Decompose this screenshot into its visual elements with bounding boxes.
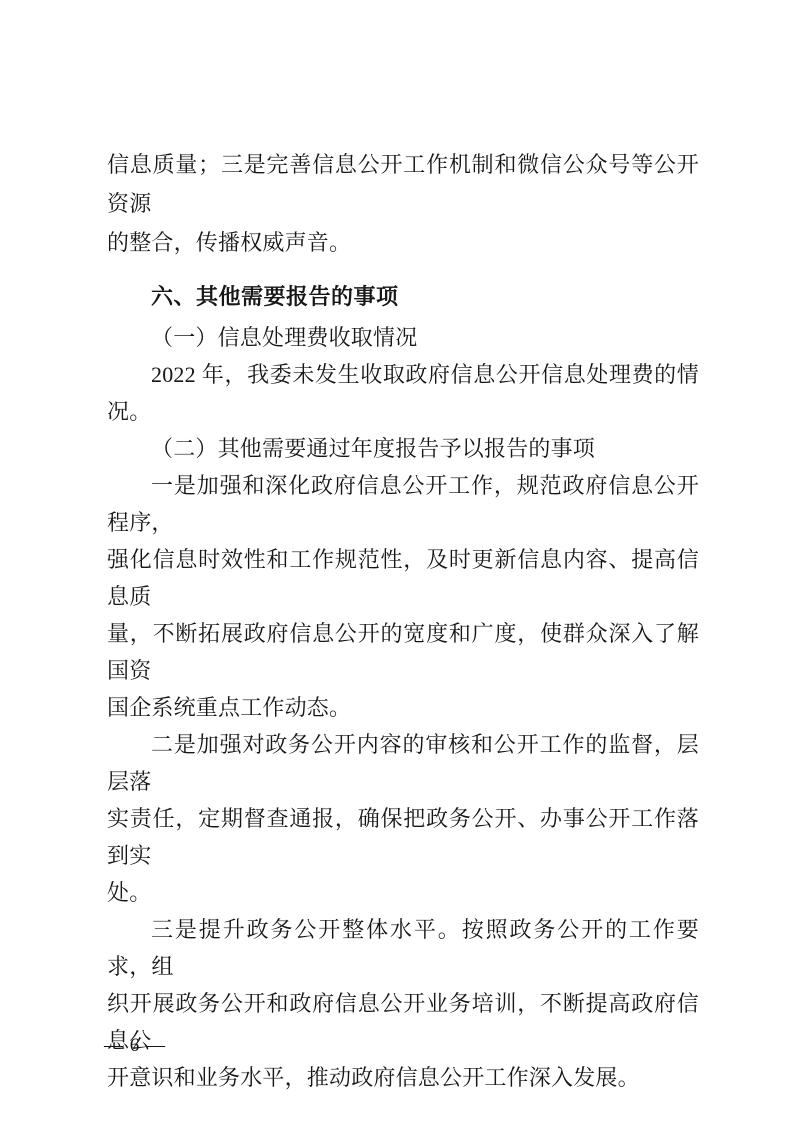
subsection-two-paragraph-2: 二是加强对政务公开内容的审核和公开工作的监督，层层落 实责任，定期督查通报，确保… bbox=[107, 726, 699, 911]
subsection-one-heading: （一）信息处理费收取情况 bbox=[107, 319, 699, 356]
closing-paragraph: 信息质量；三是完善信息公开工作机制和微信公众号等公开资源 的整合，传播权威声音。 bbox=[107, 145, 699, 262]
subsection-two-paragraph-3: 三是提升政务公开整体水平。按照政务公开的工作要求，组 织开展政务公开和政府信息公… bbox=[107, 911, 699, 1096]
section-heading: 六、其他需要报告的事项 bbox=[107, 279, 699, 317]
subsection-two-paragraph-1: 一是加强和深化政府信息公开工作，规范政府信息公开程序， 强化信息时效性和工作规范… bbox=[107, 467, 699, 726]
page-number: — 6 — bbox=[104, 1033, 166, 1059]
subsection-one-paragraph: 2022 年，我委未发生收取政府信息公开信息处理费的情况。 bbox=[107, 356, 699, 430]
subsection-two-heading: （二）其他需要通过年度报告予以报告的事项 bbox=[107, 430, 699, 467]
document-page: 信息质量；三是完善信息公开工作机制和微信公众号等公开资源 的整合，传播权威声音。… bbox=[0, 0, 793, 1122]
page-body: 信息质量；三是完善信息公开工作机制和微信公众号等公开资源 的整合，传播权威声音。… bbox=[107, 145, 699, 1096]
